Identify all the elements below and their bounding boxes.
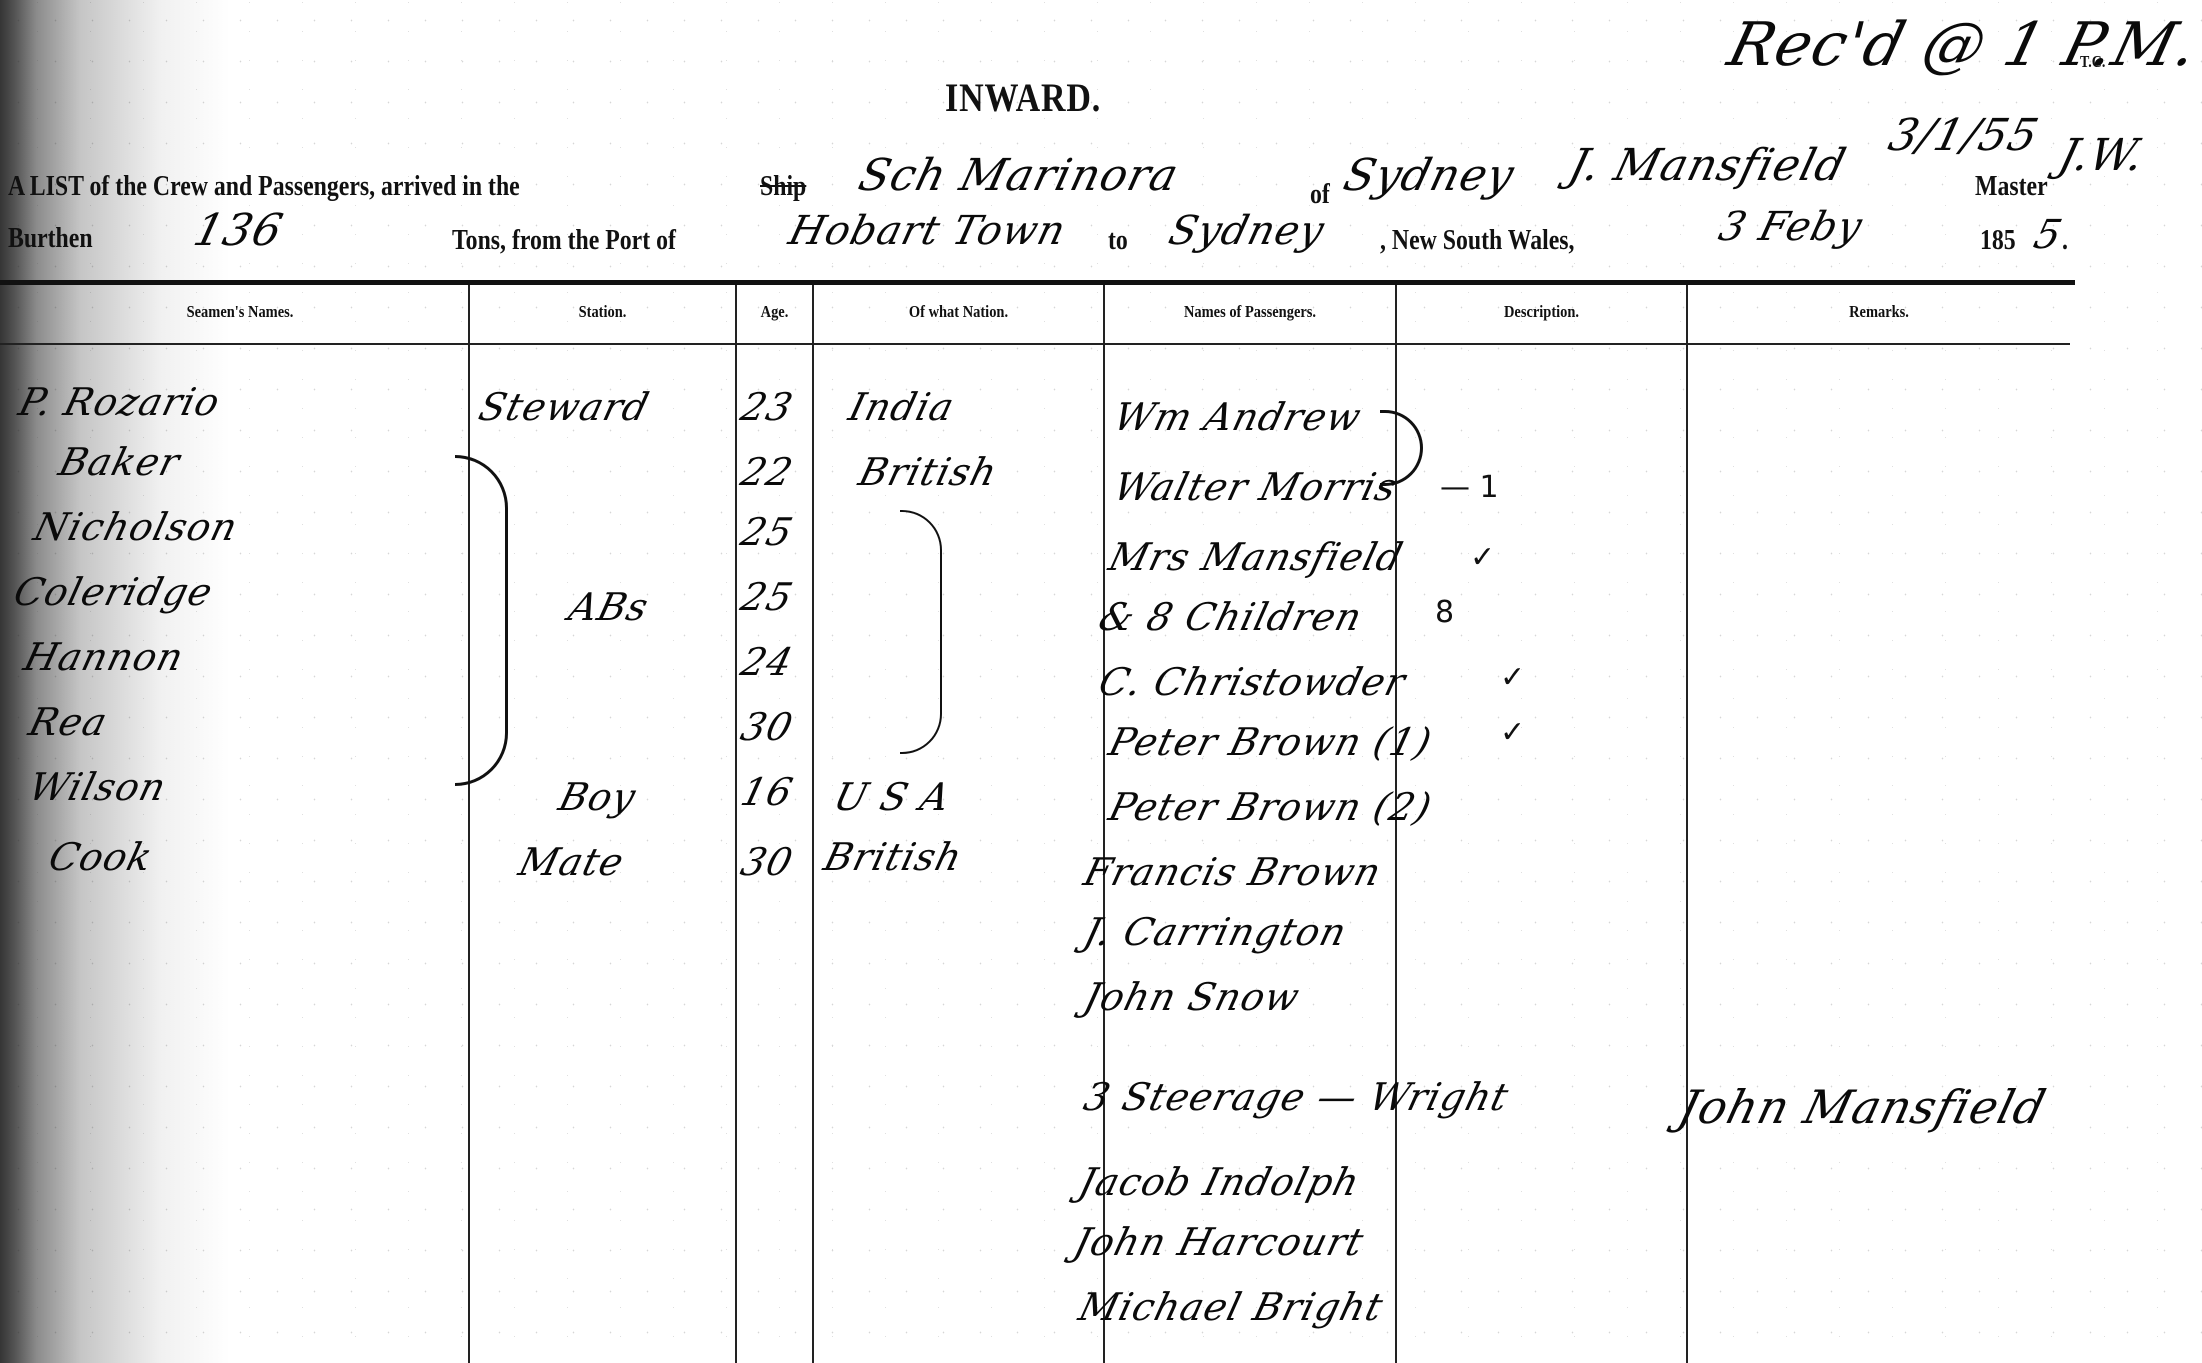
age-value: 23 bbox=[737, 385, 798, 429]
scan-edge-shadow bbox=[0, 0, 230, 1363]
vessel-name: Sch Marinora bbox=[854, 150, 1184, 201]
year-printed: 185 bbox=[1980, 224, 2016, 257]
stamp-initials-hand: J.W. bbox=[2054, 130, 2150, 181]
column-divider bbox=[1686, 285, 1688, 1363]
master-label: Master bbox=[1975, 170, 2048, 203]
passenger-check-mark: 8 bbox=[1435, 595, 1454, 630]
seaman-name: P. Rozario bbox=[15, 380, 225, 424]
seaman-name: Rea bbox=[25, 700, 113, 744]
passenger-name: 3 Steerage — Wright bbox=[1080, 1075, 1514, 1119]
burthen-value: 136 bbox=[189, 205, 289, 256]
column-header-passenger-names: Names of Passengers. bbox=[1127, 302, 1374, 322]
passenger-name: C. Christowder bbox=[1095, 660, 1411, 704]
struck-ship-word: Ship bbox=[760, 170, 806, 203]
nation-grouping-brace bbox=[900, 510, 942, 754]
seaman-name: Hannon bbox=[20, 635, 189, 679]
passenger-name: Francis Brown bbox=[1080, 850, 1387, 894]
of-label: of bbox=[1310, 178, 1330, 211]
seaman-name: Nicholson bbox=[30, 505, 243, 549]
arrival-port: Sydney bbox=[1164, 208, 1329, 254]
stamp-date: 3/1/55 bbox=[1884, 110, 2044, 161]
burthen-label: Burthen bbox=[8, 222, 93, 255]
form-title: INWARD. bbox=[945, 74, 1101, 121]
column-divider bbox=[735, 285, 737, 1363]
passenger-check-mark: ✓ bbox=[1470, 540, 1495, 575]
column-header-seamen-names: Seamen's Names. bbox=[113, 302, 368, 322]
home-port: Sydney bbox=[1339, 150, 1520, 201]
station-value: Boy bbox=[555, 775, 641, 819]
passenger-name: Wm Andrew bbox=[1110, 395, 1367, 439]
new-south-wales-label: , New South Wales, bbox=[1380, 224, 1574, 257]
column-header-station: Station. bbox=[490, 302, 715, 322]
passenger-name: & 8 Children bbox=[1095, 595, 1367, 639]
table-header-rule bbox=[0, 343, 2070, 345]
seaman-name: Coleridge bbox=[10, 570, 218, 614]
passenger-check-mark: — 1 bbox=[1440, 470, 1499, 505]
passenger-check-mark: ✓ bbox=[1500, 660, 1525, 695]
station-value: ABs bbox=[565, 585, 654, 629]
column-divider bbox=[812, 285, 814, 1363]
master-signature: John Mansfield bbox=[1673, 1080, 2051, 1134]
age-value: 30 bbox=[737, 840, 798, 884]
station-value: Mate bbox=[515, 840, 629, 884]
nation-value: India bbox=[845, 385, 960, 429]
age-value: 22 bbox=[737, 450, 798, 494]
age-value: 30 bbox=[737, 705, 798, 749]
nation-value: U S A bbox=[830, 775, 956, 819]
age-value: 24 bbox=[737, 640, 798, 684]
received-stamp: Rec'd @ 1 P.M. bbox=[1721, 10, 2202, 80]
seaman-name: Wilson bbox=[25, 765, 172, 809]
departure-port: Hobart Town bbox=[784, 208, 1070, 254]
column-header-nation: Of what Nation. bbox=[836, 302, 1082, 322]
passenger-name: Michael Bright bbox=[1075, 1285, 1388, 1329]
seaman-name: Cook bbox=[45, 835, 158, 879]
age-value: 16 bbox=[737, 770, 798, 814]
column-divider bbox=[468, 285, 470, 1363]
arrival-date: 3 Feby bbox=[1714, 204, 1867, 250]
column-header-age: Age. bbox=[743, 302, 807, 322]
passenger-name: Peter Brown (1) bbox=[1105, 720, 1437, 764]
to-label: to bbox=[1108, 224, 1128, 257]
seaman-name: Baker bbox=[55, 440, 185, 484]
passenger-name: Mrs Mansfield bbox=[1105, 535, 1408, 579]
passenger-name: John Harcourt bbox=[1070, 1220, 1369, 1264]
tons-from-port-label: Tons, from the Port of bbox=[452, 224, 676, 257]
column-header-remarks: Remarks. bbox=[1717, 302, 2042, 322]
passenger-name: Jacob Indolph bbox=[1075, 1160, 1365, 1204]
passenger-name: Walter Morris bbox=[1110, 465, 1402, 509]
passenger-name: J. Carrington bbox=[1080, 910, 1352, 954]
age-value: 25 bbox=[737, 510, 798, 554]
list-heading-prefix: A LIST of the Crew and Passengers, arriv… bbox=[8, 170, 520, 203]
age-value: 25 bbox=[737, 575, 798, 619]
table-top-rule bbox=[0, 280, 2075, 285]
stamp-initials-printed: T.C. bbox=[2080, 52, 2105, 72]
station-grouping-brace bbox=[455, 455, 508, 786]
nation-value: British bbox=[820, 835, 968, 879]
year-period: . bbox=[2062, 224, 2068, 257]
column-header-description: Description. bbox=[1419, 302, 1665, 322]
passenger-name: John Snow bbox=[1080, 975, 1305, 1019]
station-value: Steward bbox=[475, 385, 654, 429]
nation-value: British bbox=[855, 450, 1003, 494]
master-name: J. Mansfield bbox=[1564, 140, 1852, 191]
passenger-name: Peter Brown (2) bbox=[1105, 785, 1437, 829]
passenger-check-mark: ✓ bbox=[1500, 715, 1525, 750]
